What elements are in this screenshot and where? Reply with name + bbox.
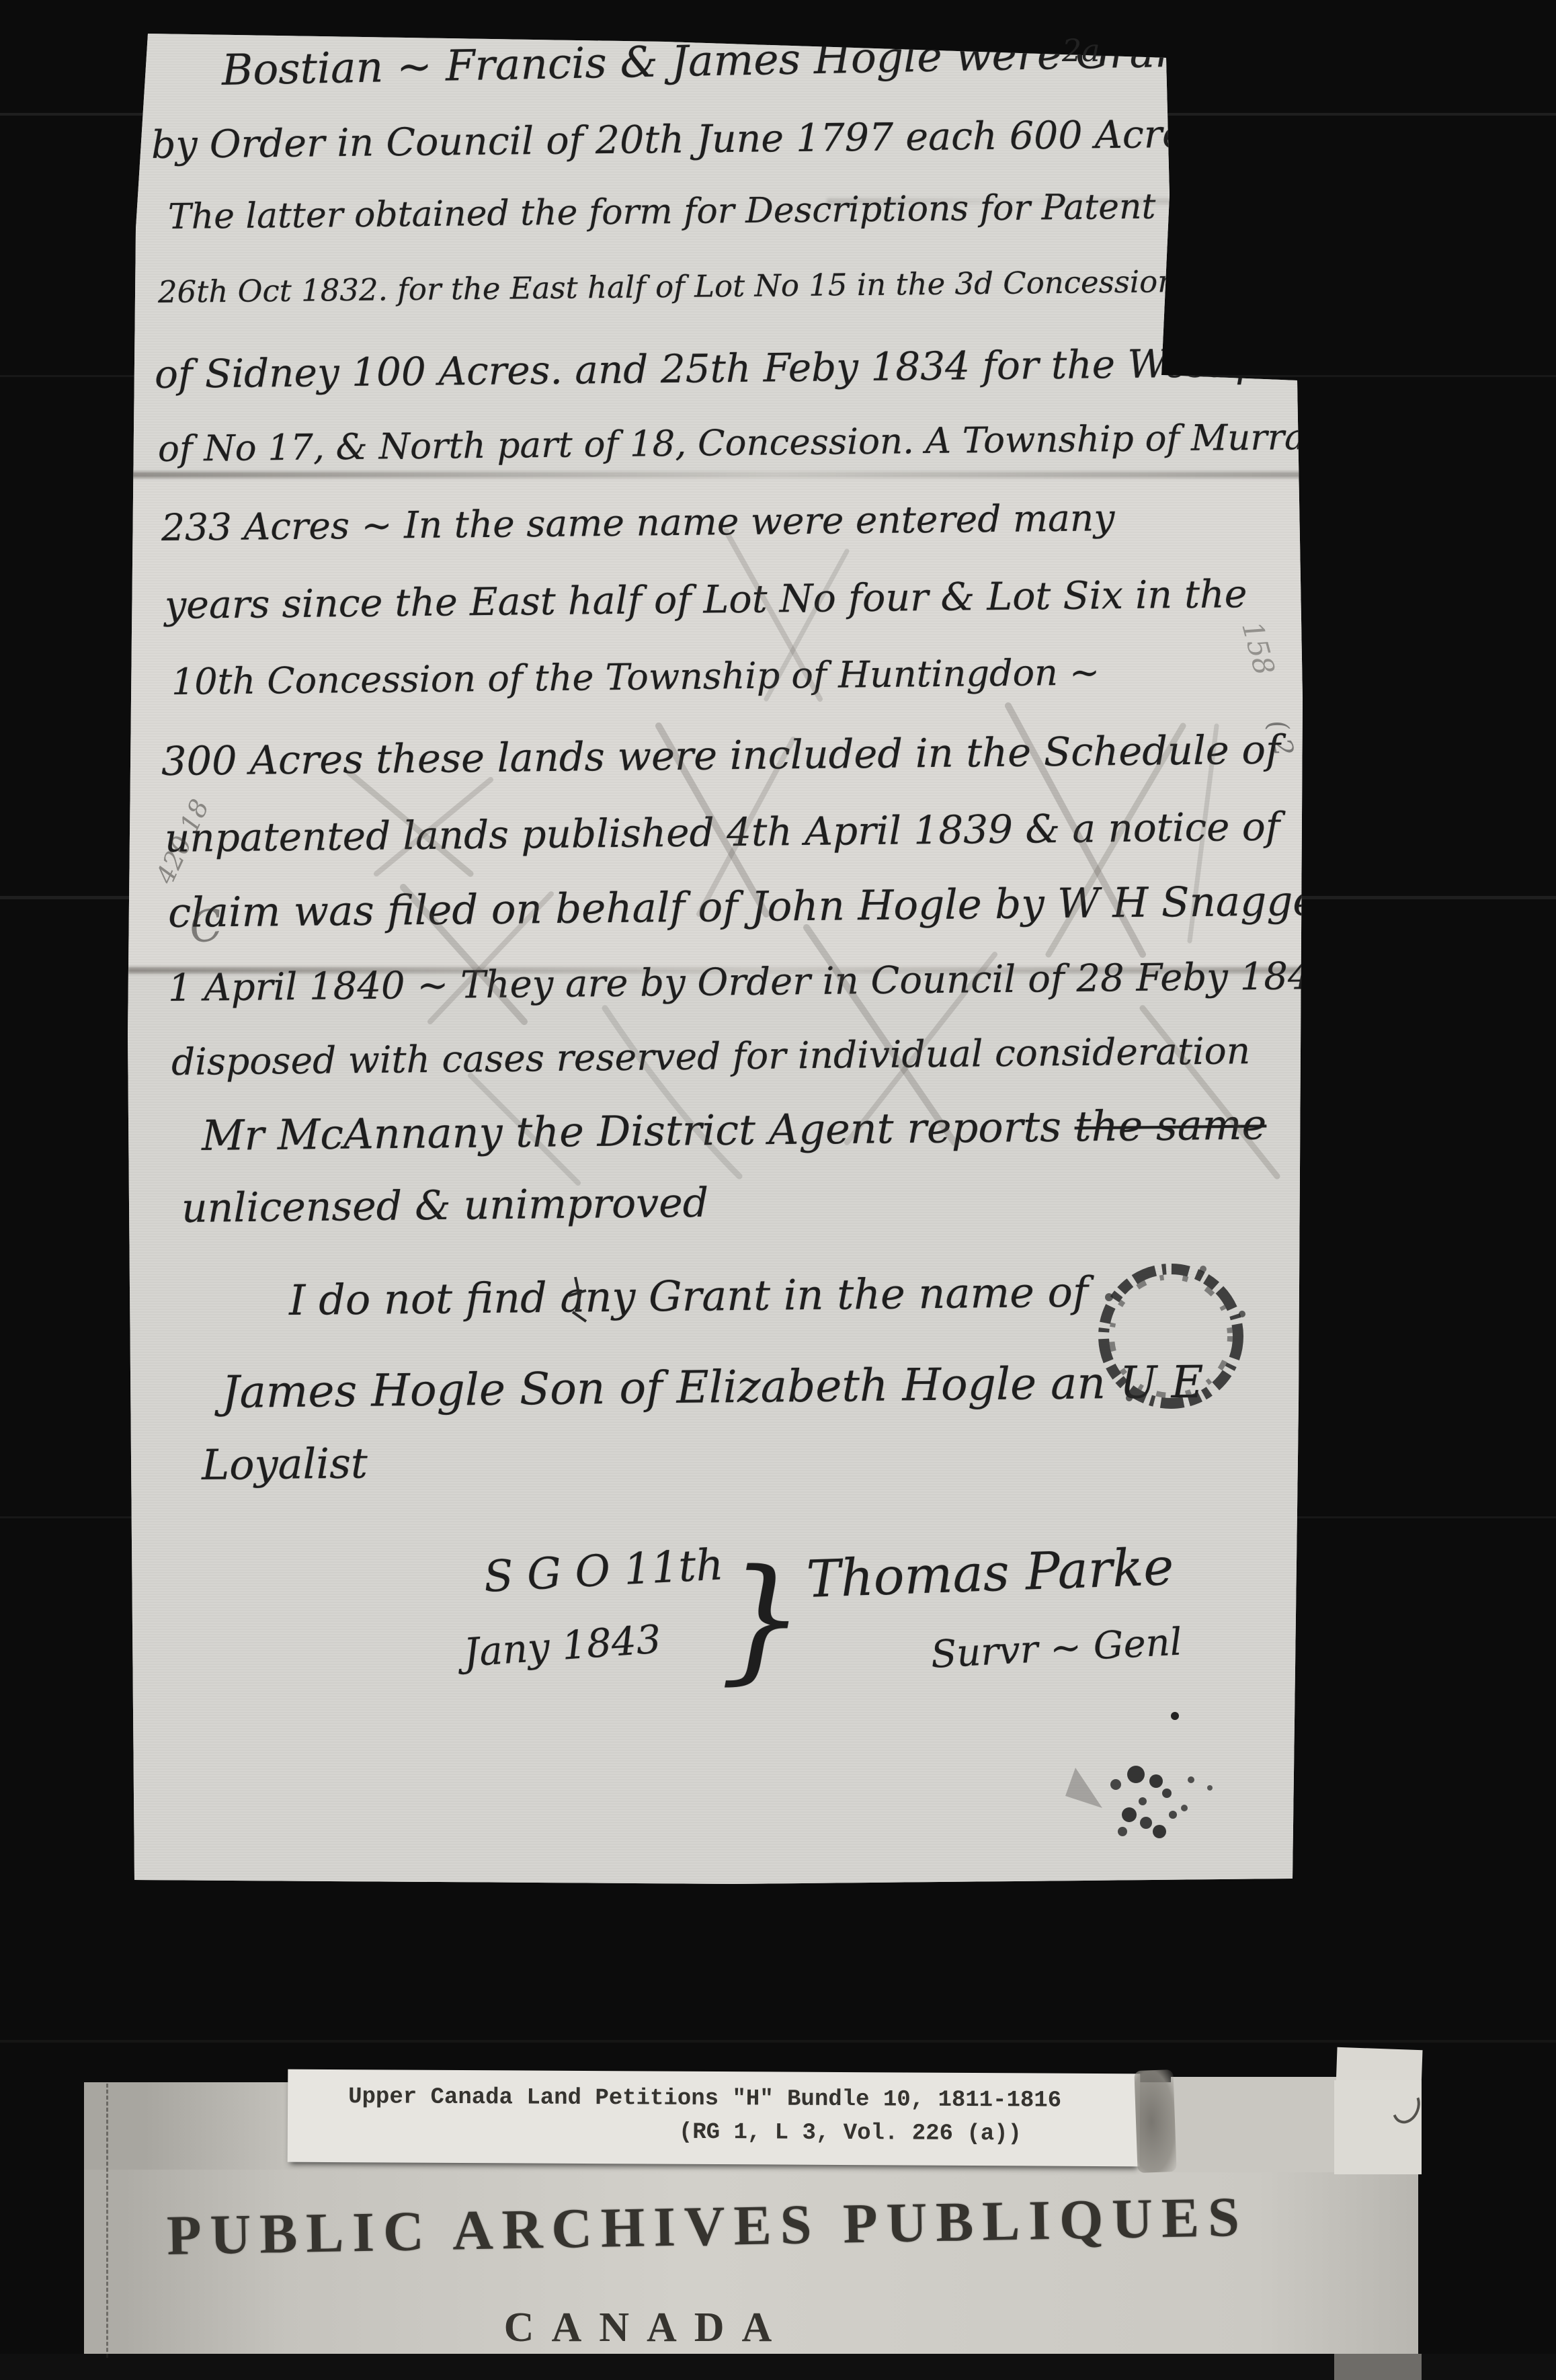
manuscript-line: Loyalist <box>202 1438 368 1489</box>
struck-text: the same <box>1074 1100 1266 1151</box>
manuscript-line: I do not find any Grant in the name of <box>289 1268 1089 1325</box>
archive-band-subtitle: CANADA <box>432 2304 862 2352</box>
signature-name: Thomas Parke <box>805 1536 1174 1609</box>
page-marker: 2a <box>1062 32 1100 69</box>
archive-label-line2: (RG 1, L 3, Vol. 226 (a)) <box>679 2120 1022 2147</box>
archive-label: Upper Canada Land Petitions "H" Bundle 1… <box>288 2069 1141 2167</box>
margin-initial: C <box>186 900 226 954</box>
manuscript-line: unlicensed & unimproved <box>181 1180 709 1232</box>
tape-crumple <box>1134 2069 1176 2173</box>
archive-band: PUBLIC ARCHIVES PUBLIQUES CANADA <box>84 2170 1418 2356</box>
archive-band-title: PUBLIC ARCHIVES PUBLIQUES <box>83 2183 1331 2270</box>
bottom-dark-strip <box>0 2354 1556 2380</box>
manuscript-line-text: Mr McAnnany the District Agent reports <box>202 1102 1075 1160</box>
archive-label-line1: Upper Canada Land Petitions "H" Bundle 1… <box>348 2084 1061 2114</box>
manuscript-page: Bostian ~ Francis & James Hogle were Gra… <box>128 27 1304 1885</box>
film-streak <box>0 2040 1556 2043</box>
signature-brace: } <box>719 1532 806 1707</box>
stitch-line <box>106 2084 108 2358</box>
manuscript-line: James Hogle Son of Elizabeth Hogle an U … <box>222 1356 1204 1418</box>
microfilm-frame: Bostian ~ Francis & James Hogle were Gra… <box>0 0 1556 2380</box>
tape-piece-right <box>1171 2077 1336 2172</box>
bottom-light-segment <box>1334 2354 1422 2380</box>
